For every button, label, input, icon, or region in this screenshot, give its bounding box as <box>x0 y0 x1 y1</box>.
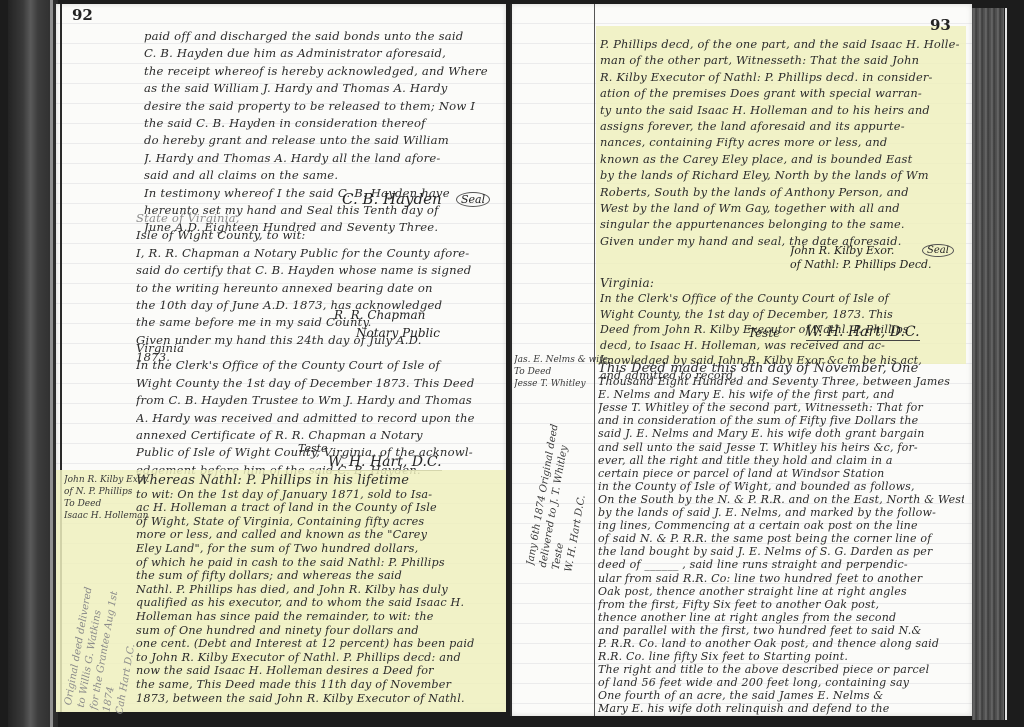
text-line: said and all claims on the same. <box>144 167 499 184</box>
holleman-deed-grant-text: P. Phillips decd, of the one part, and t… <box>600 36 962 249</box>
text-line: Jesse T. Whitley of the second part, Wit… <box>598 401 964 414</box>
text-line: singular the appurtenances belonging to … <box>600 216 962 232</box>
text-line: as the said William J. Hardy and Thomas … <box>144 80 499 97</box>
seal-mark: Seal <box>922 244 954 257</box>
text-line: Roberts, South by the lands of Anthony P… <box>600 184 962 200</box>
text-line: Whereas Nathl: P. Phillips in his lifeti… <box>136 474 501 488</box>
text-line: ever, all the right and title they hold … <box>598 454 964 467</box>
text-line: On the South by the N. & P. R.R. and on … <box>598 493 964 506</box>
text-line: and in consideration of the sum of Fifty… <box>598 414 964 427</box>
text-line: to John R. Kilby Executor of Nathl. P. P… <box>136 651 501 665</box>
text-line: thence another line at right angles from… <box>598 611 964 624</box>
text-line: the said C. B. Hayden in consideration t… <box>144 115 499 132</box>
text-line: Holleman has since paid the remainder, t… <box>136 610 501 624</box>
deed-release-text: paid off and discharged the said bonds u… <box>144 28 499 237</box>
whitley-deed-text: This Deed made this 8th day of November,… <box>598 362 964 716</box>
text-line: known as the Carey Eley place, and is bo… <box>600 151 962 167</box>
text-line: In testimony whereof I the said C. B. Ha… <box>144 185 499 202</box>
teste-label: Teste <box>298 442 328 455</box>
text-line: I, R. R. Chapman a Notary Public for the… <box>136 245 498 262</box>
text-line: ation of the premises Does grant with sp… <box>600 85 962 101</box>
seal-mark: Seal <box>456 192 490 207</box>
highlighted-text: Whereas Nathl: P. Phillips in his lifeti… <box>136 474 501 705</box>
text-line: West by the land of Wm Gay, together wit… <box>600 200 962 216</box>
text-line: paid off and discharged the said bonds u… <box>144 28 499 45</box>
text-line: In the Clerk's Office of the County Cour… <box>600 291 962 306</box>
text-line: and sell unto the said Jesse T. Whitley … <box>598 441 964 454</box>
notary-title: Notary Public <box>356 326 440 340</box>
text-line: R. Kilby Executor of Nathl: P. Phillips … <box>600 69 962 85</box>
margin-heading: Jas. E. Nelms & wife To Deed Jesse T. Wh… <box>514 354 608 390</box>
text-line: Wight County, the 1st day of December, 1… <box>600 307 962 322</box>
text-line: of which he paid in cash to the said Nat… <box>136 556 501 570</box>
signature-hayden: C. B. Hayden <box>342 190 442 208</box>
text-line: one cent. (Debt and Interest at 12 perce… <box>136 637 501 651</box>
text-line: In the Clerk's Office of the County Cour… <box>136 357 498 374</box>
text-line: deed of ______ , said line runs straight… <box>598 558 964 571</box>
text-line: certain piece or parcel of land at Winds… <box>598 467 964 480</box>
text-line: State of Virginia, <box>136 210 498 227</box>
text-line: Mary E. his wife doth relinquish and def… <box>598 702 964 715</box>
clerk-recording-text: Virginia In the Clerk's Office of the Co… <box>136 340 498 479</box>
text-line: The right and title to the above describ… <box>598 663 964 676</box>
text-line: man of the other part, Witnesseth: That … <box>600 52 962 68</box>
text-line: Virginia: <box>600 276 962 291</box>
signature-chapman: R. R. Chapman <box>334 308 425 322</box>
text-line: Wight County the 1st day of December 187… <box>136 375 498 392</box>
text-line: more or less, and called and known as th… <box>136 528 501 542</box>
text-line: 1873, between the said John R. Kilby Exe… <box>136 692 501 706</box>
text-line: of land 56 feet wide and 200 feet long, … <box>598 676 964 689</box>
text-line: Oak post, thence another straight line a… <box>598 585 964 598</box>
signature-hart: W. H. Hart, D.C. <box>328 454 442 471</box>
text-line: from the first, Fifty Six feet to anothe… <box>598 598 964 611</box>
text-line: said do certify that C. B. Hayden whose … <box>136 262 498 279</box>
text-line: ty unto the said Isaac H. Holleman and t… <box>600 102 962 118</box>
text-line: ac H. Holleman a tract of land in the Co… <box>136 501 501 515</box>
text-line: Thousand Eight Hundred and Seventy Three… <box>598 375 964 388</box>
text-line: Virginia <box>136 340 498 357</box>
signature-kilby: John R. Kilby Exor. of Nathl: P. Phillip… <box>790 244 932 272</box>
text-line: Eley Land", for the sum of Two hundred d… <box>136 542 501 556</box>
page-93: 93 P. Phillips decd, of the one part, an… <box>510 4 972 716</box>
text-line: and parallel with the first, two hundred… <box>598 624 964 637</box>
text-line: desire the said property to be released … <box>144 98 499 115</box>
teste-label: Teste <box>748 326 780 340</box>
page-number: 93 <box>930 16 951 34</box>
text-line: the same, This Deed made this 11th day o… <box>136 678 501 692</box>
text-line: from C. B. Hayden Trustee to Wm J. Hardy… <box>136 392 498 409</box>
gutter-rule <box>510 4 512 716</box>
text-line: P. Phillips decd, of the one part, and t… <box>600 36 962 52</box>
text-line: the same before me in my said County. <box>136 314 498 331</box>
text-line: ing lines, Commencing at a certain oak p… <box>598 519 964 532</box>
text-line: the 10th day of June A.D. 1873, has ackn… <box>136 297 498 314</box>
text-line: nances, containing Fifty acres more or l… <box>600 134 962 150</box>
text-line: now the said Isaac H. Holleman desires a… <box>136 664 501 678</box>
text-line: sum of One hundred and ninety four dolla… <box>136 624 501 638</box>
text-line: to the writing hereunto annexed bearing … <box>136 280 498 297</box>
text-line: of said N. & P. R.R. the same post being… <box>598 532 964 545</box>
text-line: qualified as his executor, and to whom t… <box>136 596 501 610</box>
text-line: to wit: On the 1st day of January 1871, … <box>136 488 501 502</box>
text-line: do hereby grant and release unto the sai… <box>144 132 499 149</box>
text-line: the receipt whereof is hereby acknowledg… <box>144 63 499 80</box>
page-number: 92 <box>72 6 93 24</box>
text-line: Isle of Wight County, to wit: <box>136 227 498 244</box>
text-line: This Deed made this 8th day of November,… <box>598 362 964 375</box>
text-line: assigns forever, the land aforesaid and … <box>600 118 962 134</box>
text-line: the land bought by said J. E. Nelms of S… <box>598 545 964 558</box>
text-line: said J. E. Nelms and Mary E. his wife do… <box>598 427 964 440</box>
text-line: A. Hardy was received and admitted to re… <box>136 410 498 427</box>
text-line: Nathl. P. Phillips has died, and John R.… <box>136 583 501 597</box>
text-line: R.R. Co. line fifty Six feet to Starting… <box>598 650 964 663</box>
page-92: 92 paid off and discharged the said bond… <box>56 4 506 712</box>
signature-hart: W. H. Hart, D.C. <box>806 324 920 341</box>
text-line: the sum of fifty dollars; and whereas th… <box>136 569 501 583</box>
text-line: One fourth of an acre, the said James E.… <box>598 689 964 702</box>
text-line: P. R.R. Co. land to another Oak post, an… <box>598 637 964 650</box>
text-line: ular from said R.R. Co: line two hundred… <box>598 572 964 585</box>
text-line: in the County of Isle of Wight, and boun… <box>598 480 964 493</box>
text-line: C. B. Hayden due him as Administrator af… <box>144 45 499 62</box>
page-edges-right <box>972 8 1004 720</box>
text-line: by the lands of Richard Eley, North by t… <box>600 167 962 183</box>
text-line: of Wight, State of Virginia, Containing … <box>136 515 501 529</box>
text-line: by the lands of said J. E. Nelms, and ma… <box>598 506 964 519</box>
book-binding-left <box>8 0 58 727</box>
text-line: E. Nelms and Mary E. his wife of the fir… <box>598 388 964 401</box>
scanned-book-spread: 92 paid off and discharged the said bond… <box>0 0 1024 727</box>
text-line: J. Hardy and Thomas A. Hardy all the lan… <box>144 150 499 167</box>
